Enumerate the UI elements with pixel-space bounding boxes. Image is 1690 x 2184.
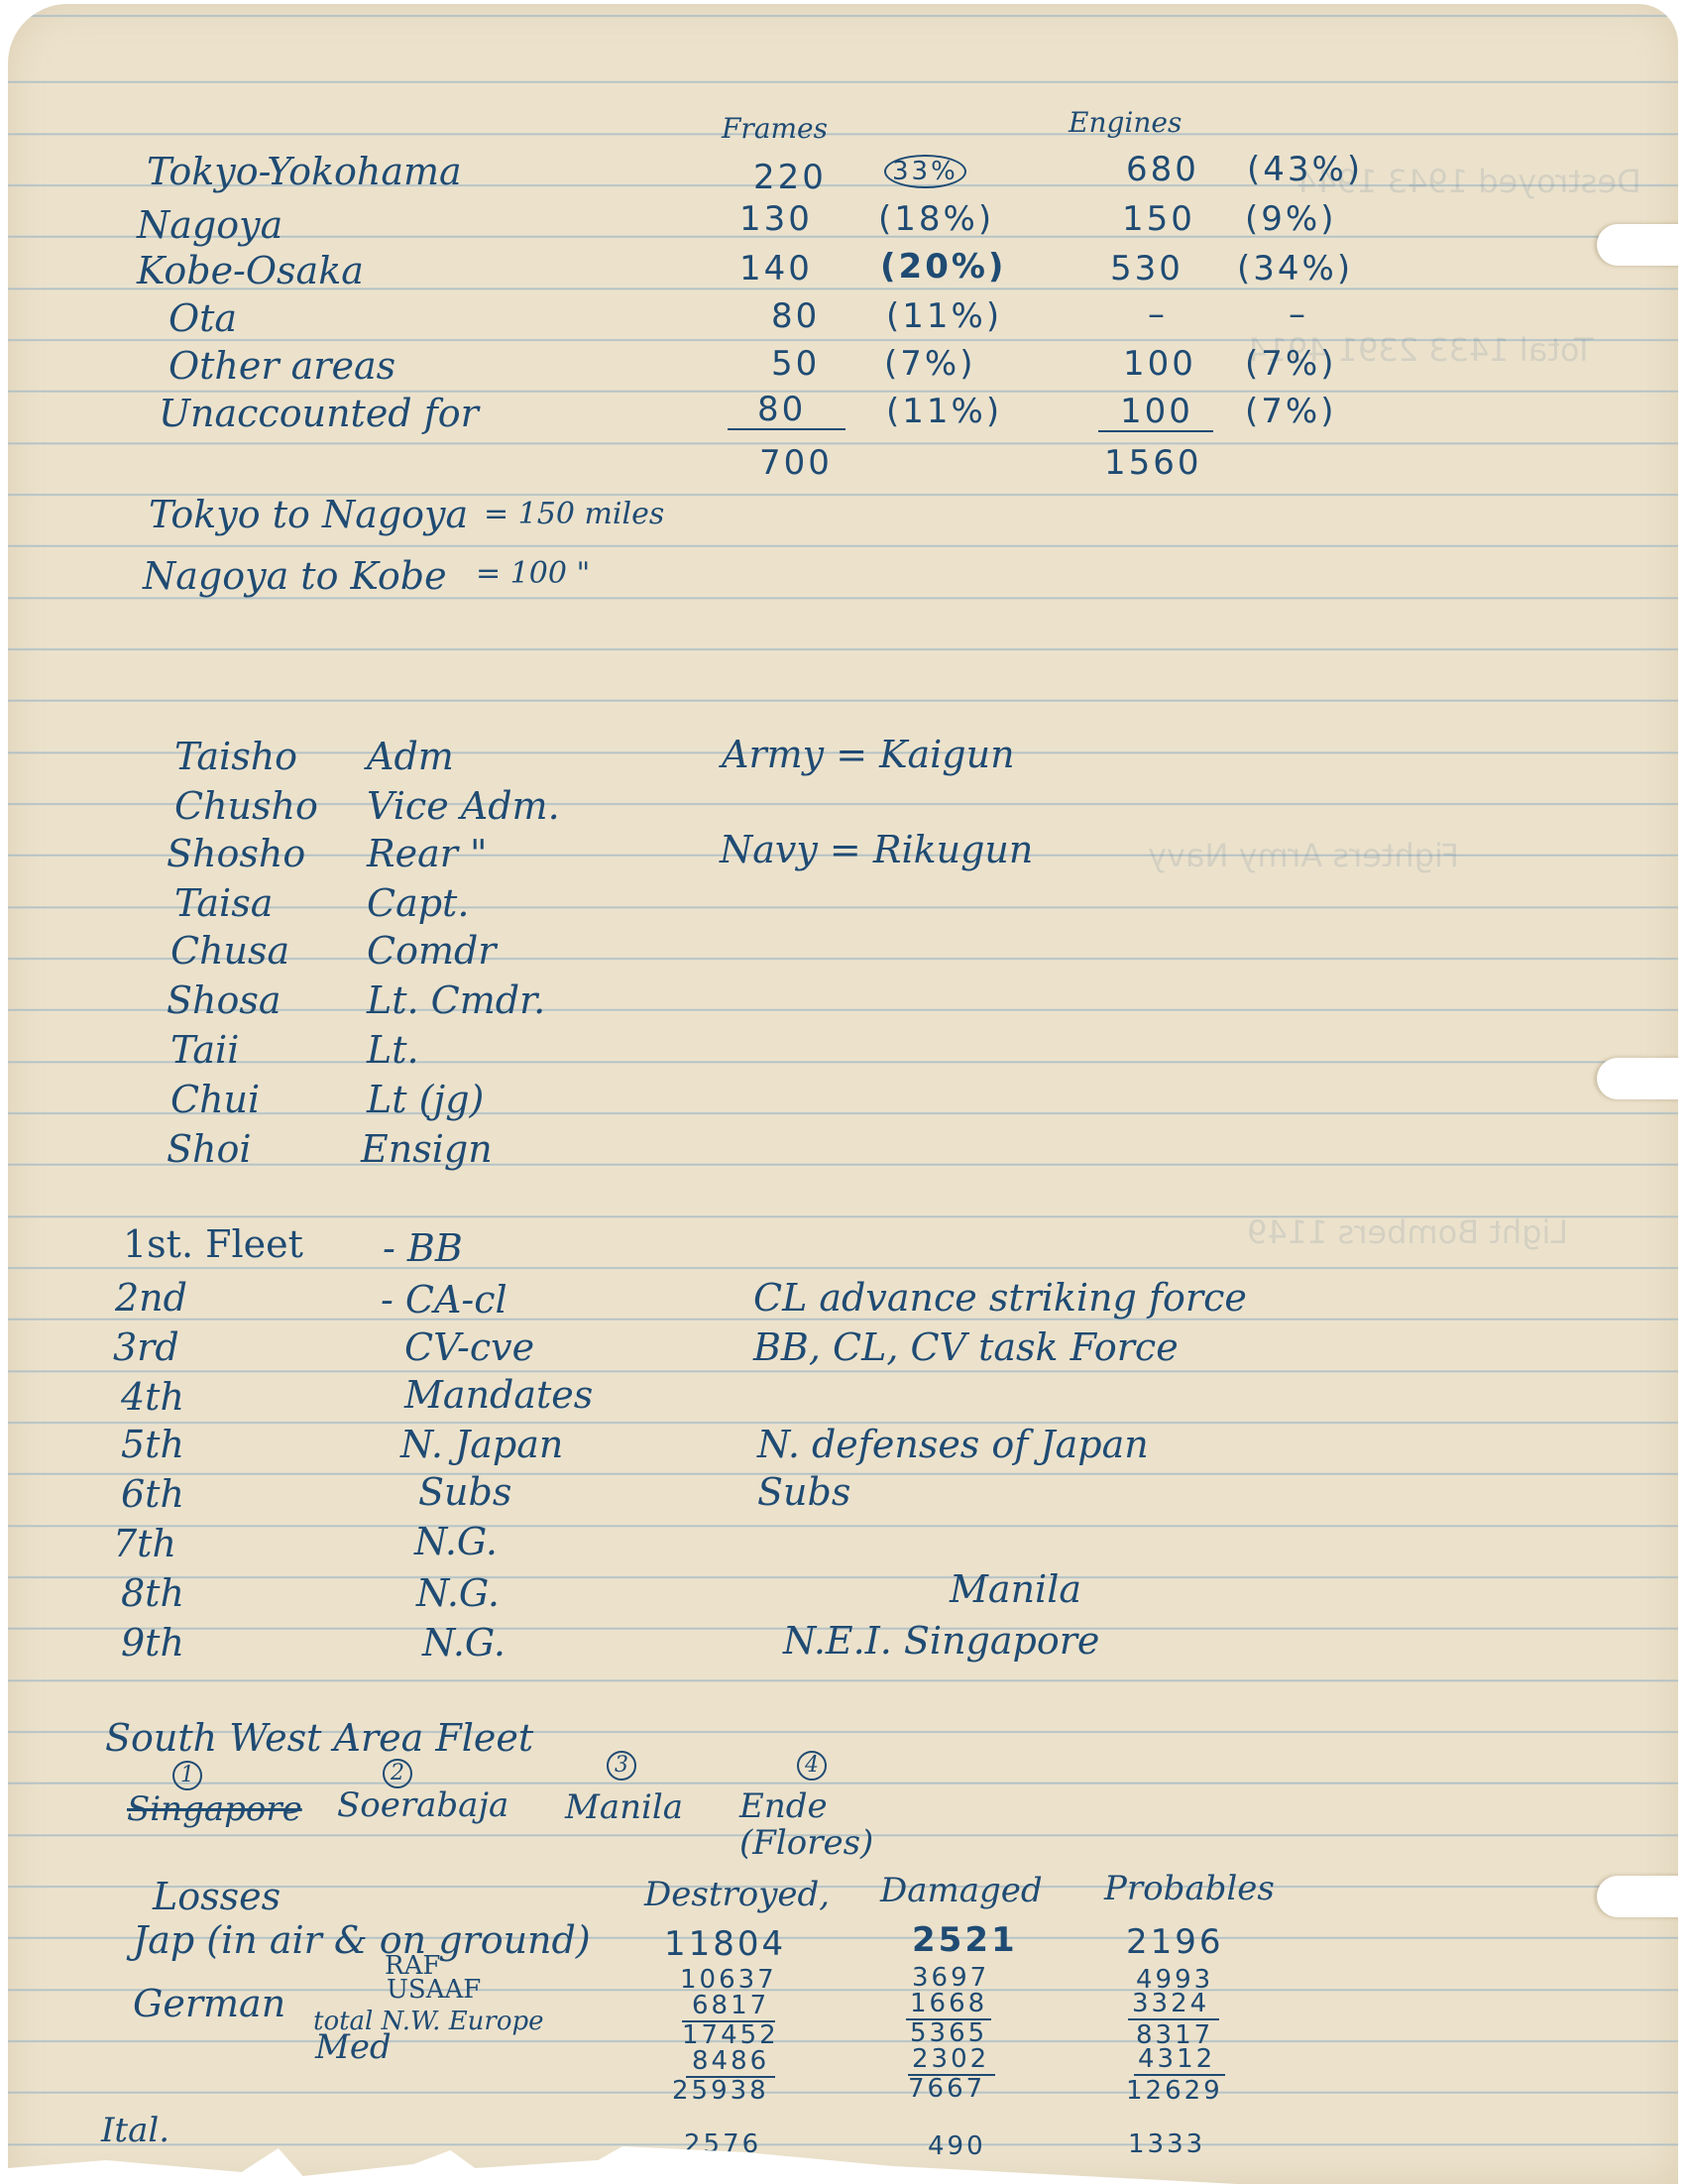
army-term: Army = Kaigun	[722, 736, 1015, 773]
losses-title: Losses	[153, 1878, 281, 1915]
col-header-frames: Frames	[722, 115, 828, 143]
frames-total: 700	[759, 446, 833, 480]
notebook-page: Destroyed 1943 1944 Total 1433 2391 4914…	[8, 4, 1678, 2184]
binder-hole-middle	[1597, 1058, 1678, 1099]
engines-total: 1560	[1104, 446, 1202, 480]
losses-header-probables: Probables	[1104, 1872, 1275, 1905]
navy-term: Navy = Rikugun	[720, 831, 1033, 868]
binder-hole-top	[1597, 224, 1678, 266]
losses-header-damaged: Damaged	[880, 1874, 1043, 1907]
binder-hole-bottom	[1597, 1876, 1678, 1917]
col-header-engines: Engines	[1069, 109, 1182, 137]
losses-header-destroyed: Destroyed,	[644, 1878, 830, 1911]
southwest-title: South West Area Fleet	[105, 1719, 533, 1757]
